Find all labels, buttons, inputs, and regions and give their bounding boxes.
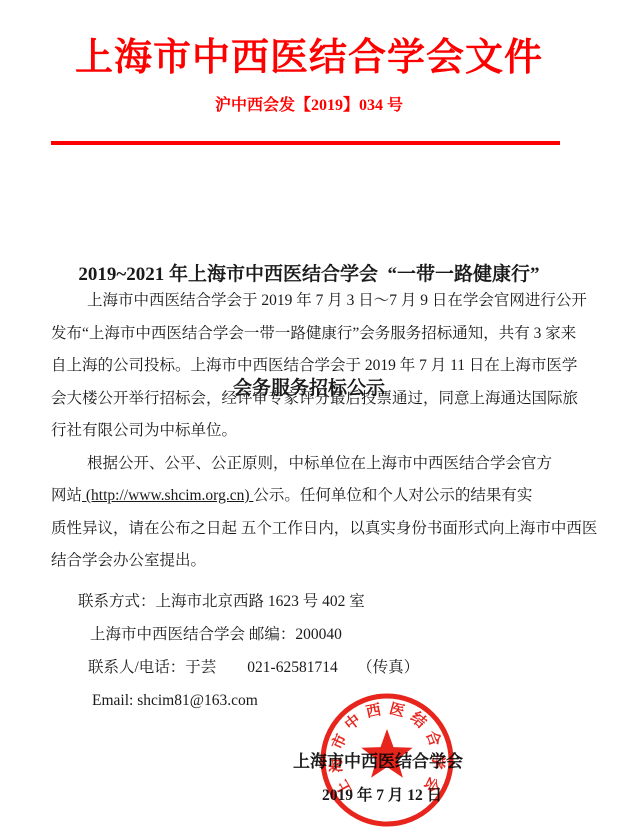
contact-address: 联系方式：上海市北京西路 1623 号 402 室 (51, 585, 568, 618)
para2-line2: 网站 (http://www.shcim.org.cn) 公示。任何单位和个人对… (51, 480, 568, 513)
para2-line3: 质性异议，请在公布之日起 五个工作日内，以真实身份书面形式向上海市中西医 (51, 513, 568, 546)
org-header-title: 上海市中西医结合学会文件 (0, 26, 618, 81)
contact-block: 联系方式：上海市北京西路 1623 号 402 室 上海市中西医结合学会 邮编：… (51, 585, 568, 717)
para1-line5: 行社有限公司为中标单位。 (51, 415, 568, 448)
website-url[interactable]: (http://www.shcim.org.cn) (82, 487, 253, 504)
red-divider-rule (51, 141, 560, 145)
para2-line2-post: 公示。任何单位和个人对公示的结果有实 (253, 487, 532, 504)
document-page: 上海市中西医结合学会文件 沪中西会发【2019】034 号 2019~2021 … (0, 0, 618, 836)
contact-email: Email: shcim81@163.com (51, 684, 568, 717)
contact-org-zip: 上海市中西医结合学会 邮编：200040 (51, 618, 568, 651)
para1-line2: 发布“上海市中西医结合学会一带一路健康行”会务服务招标通知，共有 3 家来 (51, 318, 568, 351)
para2-line2-pre: 网站 (51, 487, 82, 504)
para1-line3: 自上海的公司投标。上海市中西医结合学会于 2019 年 7 月 11 日在上海市… (51, 350, 568, 383)
doc-number: 沪中西会发【2019】034 号 (0, 92, 618, 115)
body-text: 上海市中西医结合学会于 2019 年 7 月 3 日～7 月 9 日在学会官网进… (51, 285, 568, 578)
para2-line4: 结合学会办公室提出。 (51, 545, 568, 578)
contact-person-phone: 联系人/电话：于芸 021-62581714 （传真） (51, 651, 568, 684)
para2-line1: 根据公开、公平、公正原则，中标单位在上海市中西医结合学会官方 (51, 448, 568, 481)
para1-line1: 上海市中西医结合学会于 2019 年 7 月 3 日～7 月 9 日在学会官网进… (51, 285, 568, 318)
para1-line4: 会大楼公开举行招标会，经评审专家评分最后投票通过，同意上海通达国际旅 (51, 383, 568, 416)
seal-star-icon (361, 729, 412, 778)
official-red-seal: 上海市中西医结合学会 (317, 690, 458, 831)
